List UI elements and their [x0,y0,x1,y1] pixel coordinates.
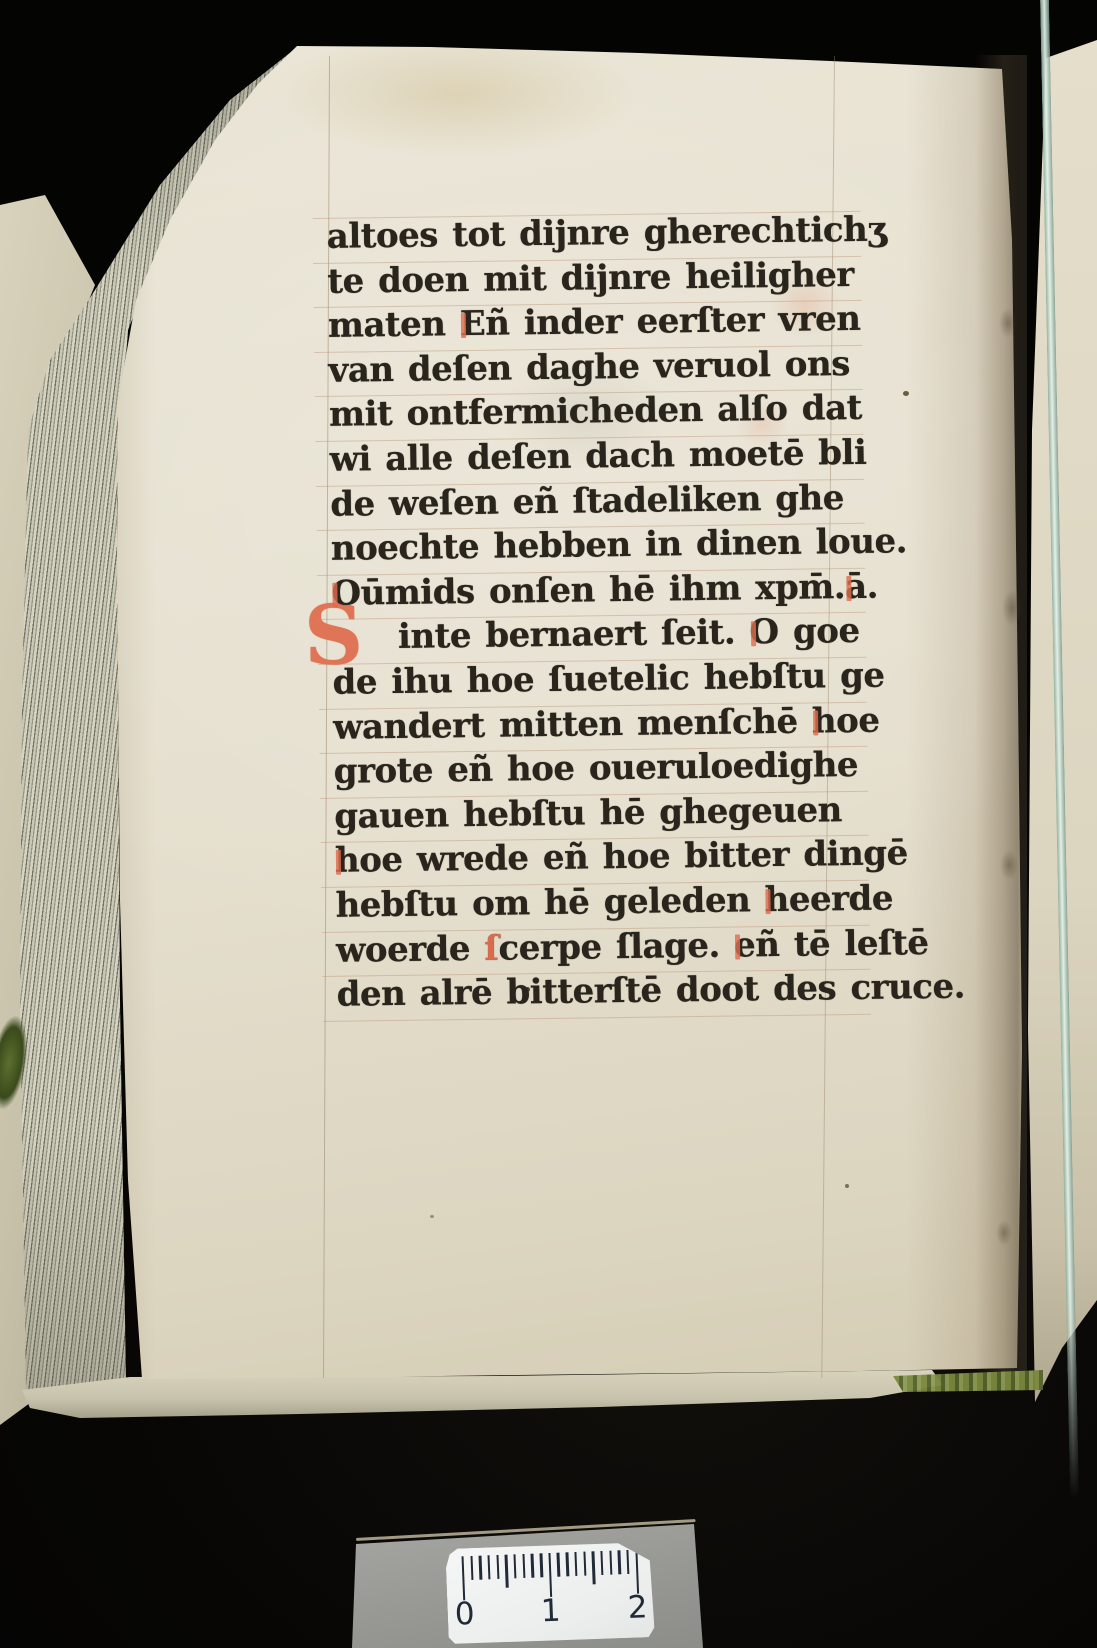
ink-text: de weſen eñ ſtadeliken ghe [330,478,844,525]
speck [430,1215,434,1218]
red-touched-letter: e [734,925,756,965]
ink-text: altoes tot dijnre gherechtichʒ [327,210,887,257]
ink-text: noechte hebben in dinen loue. [331,521,908,569]
ruler-tick [626,1550,629,1574]
ruler-sticker: 0 1 2 [445,1541,655,1645]
ruler-tick [566,1552,569,1576]
ruler-tick [600,1551,603,1575]
ruler-number-0: 0 [454,1596,475,1633]
ruler-tick [635,1550,639,1594]
ink-text: . [866,566,878,606]
ink-text: cerpe ſlage. [498,925,734,968]
gutter-smudge [1002,590,1022,626]
ruler-tick [592,1551,596,1584]
ink-text: ñ tē leſtē [755,923,929,965]
gutter-smudge [996,1220,1012,1246]
ruler-tick [496,1555,499,1579]
ink-text: te doen mit dijnre heiligher [327,255,854,302]
ink-text: mit ontfermicheden alſo dat [329,388,862,435]
ruler-tick [574,1552,577,1576]
ink-text: eerde [789,878,894,919]
ink-text: goe [778,611,859,652]
red-touched-letter: ā [845,567,867,607]
ruler-tick [470,1556,473,1580]
red-touched-letter: E [460,304,486,344]
text-line: den alrē bitterſtē doot des cruce. [336,965,965,1019]
ruler-tick [488,1555,491,1579]
ruler-tick [514,1554,517,1578]
ruler-tick [479,1556,482,1580]
ruler-tick [531,1554,534,1578]
ruler-tick [462,1556,466,1600]
ink-text: oe [836,700,880,741]
ink-text: woerde [336,928,485,970]
ruler-tick [540,1553,543,1577]
red-touched-letter: h [764,880,789,920]
ink-text: oe wrede eñ hoe bitter dingē [359,834,908,881]
text-line: inte bernaert ſeit. O goe [398,609,860,661]
ink-text: de ihu hoe ſuetelic hebſtu ge [332,656,884,703]
ruler-tick [557,1553,560,1577]
ink-text: wandert mitten menſchē [333,701,812,747]
ink-text: grote eñ hoe oueruloedighe [334,745,859,792]
gutter-smudge [999,308,1017,338]
ruler-number-2: 2 [627,1589,648,1626]
ink-text: maten [328,304,460,346]
speck [903,391,909,396]
book-gutter-shadow [975,55,1027,1375]
red-touched-letter: O [331,573,361,613]
ink-text: inte bernaert ſeit. [398,613,750,658]
ruler-tick [609,1551,612,1575]
ink-text: hebſtu om hē geleden [335,880,765,926]
manuscript-photo: S altoes tot dijnre gherechtichʒte doen … [0,0,1097,1648]
manuscript-text: S altoes tot dijnre gherechtichʒte doen … [310,198,877,1065]
red-touched-letter: h [335,841,360,881]
ink-text: wi alle deſen dach moetē bli [329,433,866,480]
red-touched-letter: h [812,701,837,741]
ruler-tick [505,1555,509,1588]
ruler-tick [548,1553,552,1597]
ink-text: den alrē bitterſtē doot des cruce. [336,967,965,1015]
ruler-number-1: 1 [540,1593,561,1630]
ink-text: ūmids onſen hē ihm xpm̄. [360,567,845,613]
ruler-tick [522,1554,525,1578]
red-touched-letter: O [749,612,779,652]
ruler-tick [618,1550,621,1574]
gutter-smudge [1000,850,1018,880]
ink-text: van deſen daghe veruol ons [328,344,850,391]
ruler-tick [583,1552,586,1576]
ink-text: ñ inder eerſter vren [485,299,861,344]
speck [845,1184,849,1188]
rubricated-letter: ſ [484,928,499,968]
ink-text: gauen hebſtu hē ghegeuen [334,790,842,837]
